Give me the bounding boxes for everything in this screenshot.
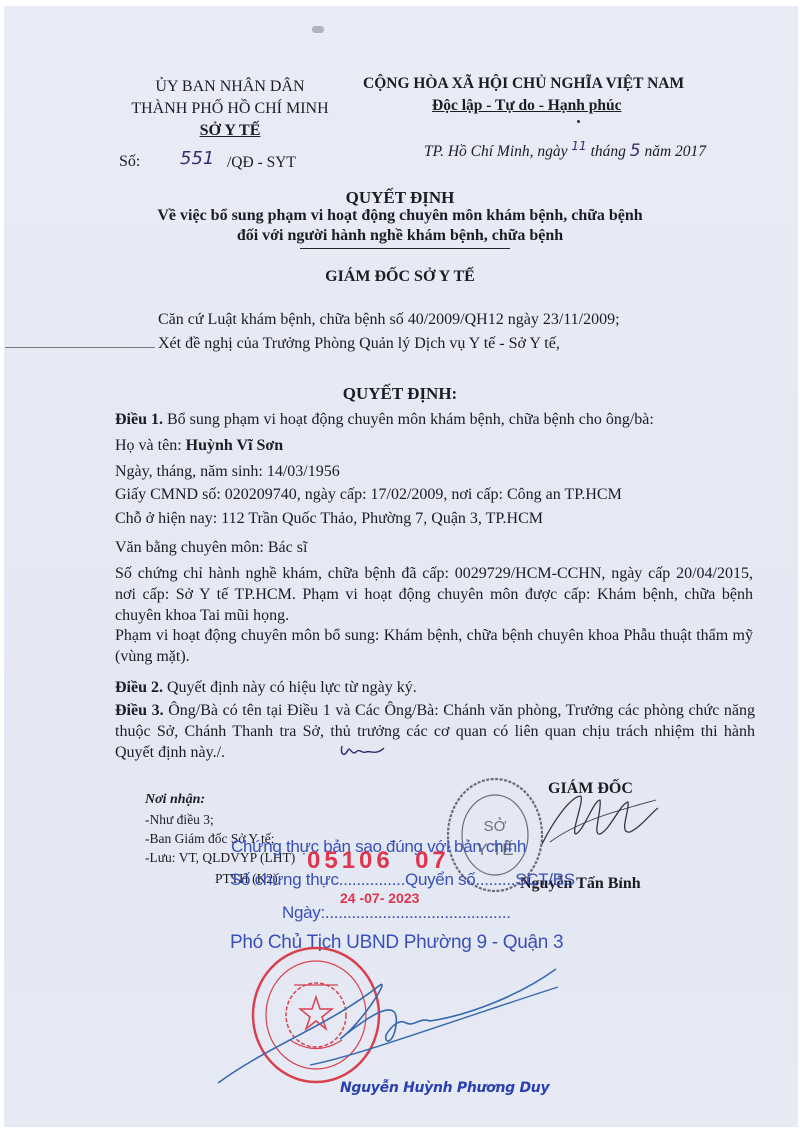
recipients-heading: Nơi nhận: [145, 792, 205, 808]
director-signature-icon [540, 790, 660, 850]
date-of-birth: Ngày, tháng, năm sinh: 14/03/1956 [115, 462, 340, 482]
article-3: Điều 3. Ông/Bà có tên tại Điều 1 và Các … [115, 700, 755, 763]
dotted-fill: ............... [339, 870, 405, 889]
professional-degree: Văn bằng chuyên môn: Bác sĩ [115, 538, 307, 558]
legal-basis-1: Căn cứ Luật khám bệnh, chữa bệnh số 40/2… [158, 310, 620, 330]
document-number-value: 551 [180, 148, 214, 169]
subject-line-2: đối với người hành nghề khám bệnh, chữa … [0, 227, 800, 245]
decision-heading: QUYẾT ĐỊNH: [0, 384, 800, 404]
national-motto: Độc lập - Tự do - Hạnh phúc [432, 97, 621, 115]
person-name-value: Huỳnh Vĩ Sơn [186, 437, 284, 454]
article-3-label: Điều 3. [115, 702, 164, 719]
id-card-info: Giấy CMND số: 020209740, ngày cấp: 17/02… [115, 485, 622, 505]
article-1-intro: Điều 1. Bổ sung phạm vi hoạt động chuyên… [115, 410, 654, 430]
authority-heading: GIÁM ĐỐC SỞ Y TẾ [0, 268, 800, 286]
certification-book-code: SCT/BS [515, 870, 575, 889]
subject-line-1: Về việc bổ sung phạm vi hoạt động chuyên… [0, 207, 800, 225]
article-3-text: Ông/Bà có tên tại Điều 1 và Các Ông/Bà: … [115, 702, 755, 761]
seal-text: SỞ [484, 817, 507, 835]
article-1-text: Bổ sung phạm vi hoạt động chuyên môn khá… [167, 411, 654, 428]
issue-date: TP. Hồ Chí Minh, ngày 11 tháng 5 năm 201… [424, 139, 706, 161]
document-type-heading: QUYẾT ĐỊNH [0, 188, 800, 208]
person-name-label: Họ và tên: [115, 437, 182, 454]
date-year: năm 2017 [644, 143, 706, 160]
legal-basis-2: Xét đề nghị của Trưởng Phòng Quản lý Dịc… [158, 334, 560, 354]
article-2: Điều 2. Quyết định này có hiệu lực từ ng… [115, 678, 417, 698]
document-number-label: Số: [119, 153, 140, 171]
article-2-text: Quyết định này có hiệu lực từ ngày ký. [167, 679, 417, 696]
motto-dot [577, 120, 580, 123]
certification-number-label: Số chứng thực [230, 870, 339, 889]
title-underline [300, 248, 510, 249]
certification-book-label: Quyển số [405, 870, 475, 889]
date-prefix: TP. Hồ Chí Minh, ngày [424, 143, 568, 160]
article-2-label: Điều 2. [115, 679, 163, 696]
article-1-label: Điều 1. [115, 411, 163, 428]
certifying-official-name: Nguyễn Huỳnh Phương Duy [340, 1080, 549, 1096]
country-name: CỘNG HÒA XÃ HỘI CHỦ NGHĨA VIỆT NAM [363, 75, 684, 93]
certification-line-2: Số chứng thực...............Quyển số....… [230, 870, 575, 890]
dotted-fill: ........................................… [325, 903, 511, 922]
certification-date-label: Ngày: [282, 903, 325, 922]
supplementary-scope: Phạm vi hoạt động chuyên môn bổ sung: Kh… [115, 625, 753, 667]
official-signature-icon [210, 965, 570, 1090]
practice-certificate: Số chứng chỉ hành nghề khám, chữa bệnh đ… [115, 563, 753, 626]
recipient-item: -Như điều 3; [145, 812, 214, 828]
issuer-line2: THÀNH PHỐ HỒ CHÍ MINH [110, 100, 350, 118]
scan-speck [312, 26, 324, 33]
person-name-line: Họ và tên: Huỳnh Vĩ Sơn [115, 436, 283, 456]
initials-scribble-icon [338, 740, 388, 762]
dotted-fill: ......... [475, 870, 515, 889]
scan-line-artifact [5, 347, 155, 348]
date-month-label: tháng [591, 143, 626, 160]
certification-date-line: Ngày:...................................… [282, 903, 511, 923]
issuer-department: SỞ Y TẾ [120, 122, 340, 140]
date-day: 11 [571, 139, 586, 153]
document-number-suffix: /QĐ - SYT [227, 154, 296, 172]
issuer-line1: ỦY BAN NHÂN DÂN [120, 78, 340, 96]
residence-address: Chỗ ở hiện nay: 112 Trần Quốc Thảo, Phườ… [115, 509, 543, 529]
date-month: 5 [630, 141, 641, 161]
